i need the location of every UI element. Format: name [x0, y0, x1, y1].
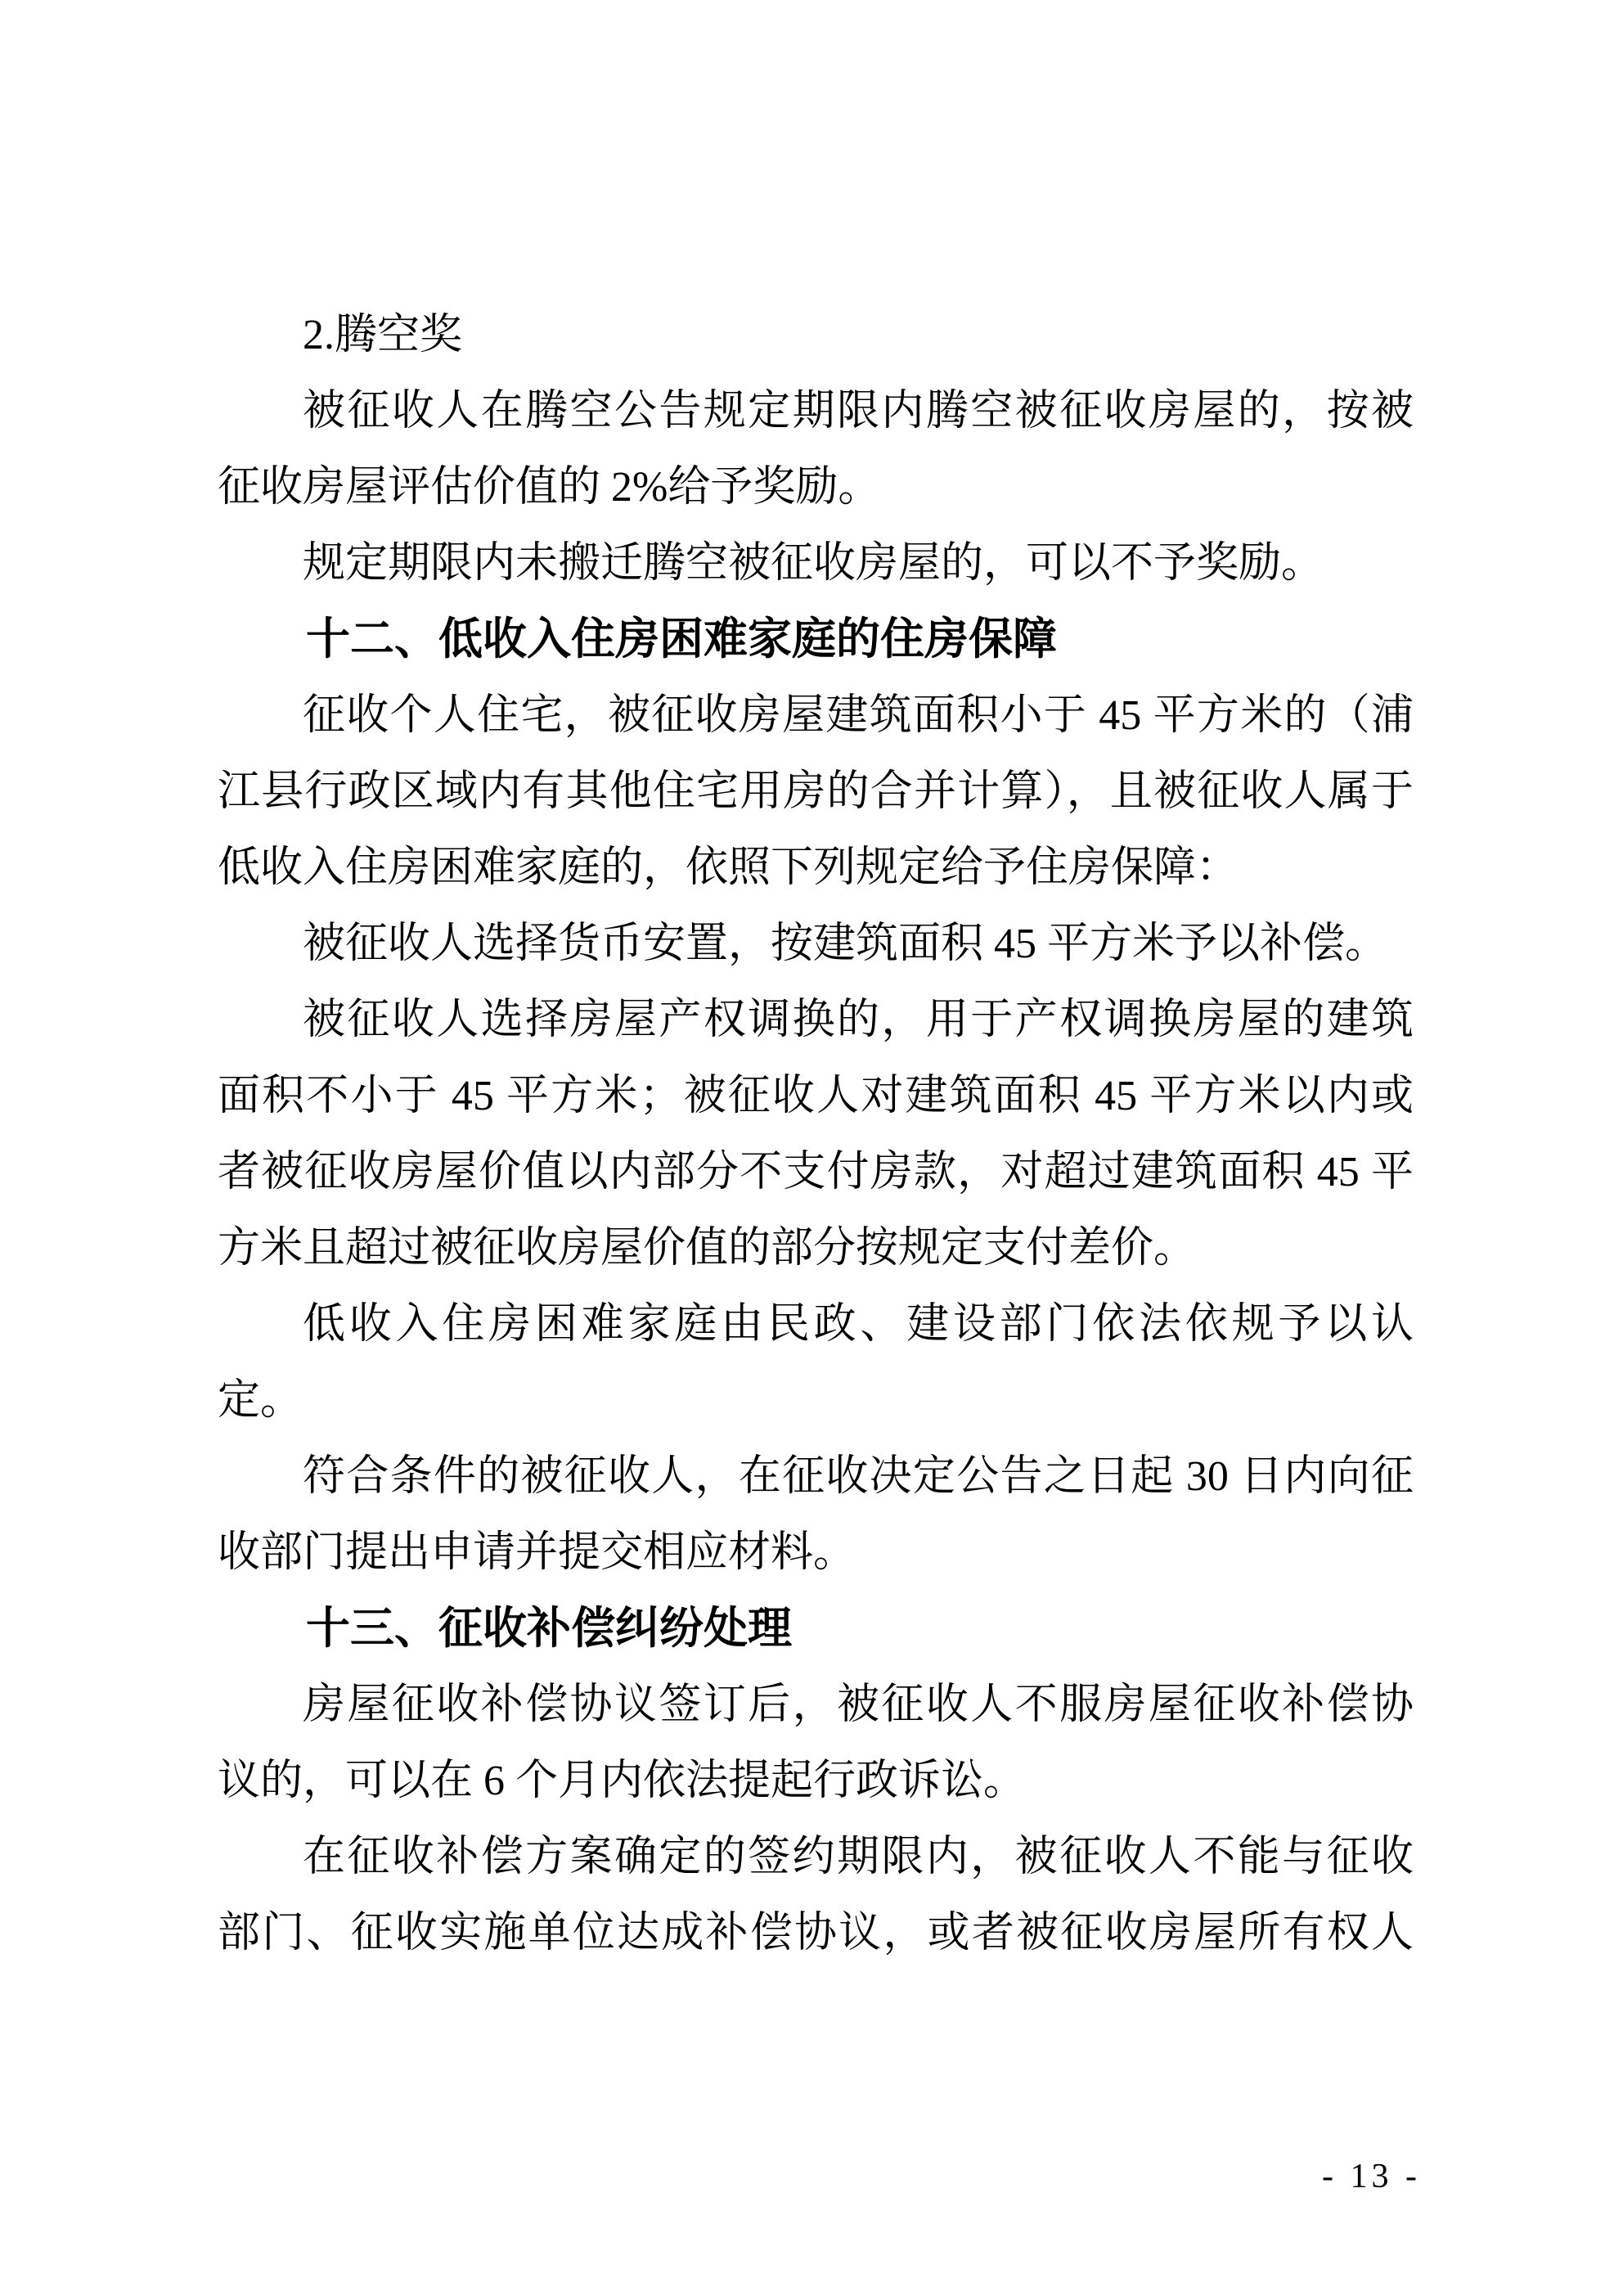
paragraph-line: 低收入住房困难家庭的，依照下列规定给予住房保障： — [218, 830, 1414, 906]
paragraph-line: 收部门提出申请并提交相应材料。 — [218, 1515, 1414, 1591]
paragraph-line: 规定期限内未搬迁腾空被征收房屋的，可以不予奖励。 — [218, 525, 1414, 601]
paragraph-line: 低收入住房困难家庭由民政、建设部门依法依规予以认 — [218, 1286, 1414, 1362]
paragraph-line: 房屋征收补偿协议签订后，被征收人不服房屋征收补偿协 — [218, 1667, 1414, 1743]
subheading-vacating-award: 2.腾空奖 — [218, 297, 1414, 373]
paragraph-line: 面积不小于 45 平方米；被征收人对建筑面积 45 平方米以内或 — [218, 1058, 1414, 1134]
paragraph-line: 者被征收房屋价值以内部分不支付房款，对超过建筑面积 45 平 — [218, 1134, 1414, 1210]
paragraph-line: 议的，可以在 6 个月内依法提起行政诉讼。 — [218, 1743, 1414, 1819]
section-heading-housing-security: 十二、低收入住房困难家庭的住房保障 — [218, 601, 1414, 678]
paragraph-line: 定。 — [218, 1362, 1414, 1438]
paragraph-line: 部门、征收实施单位达成补偿协议，或者被征收房屋所有权人 — [218, 1895, 1414, 1971]
document-page: 2.腾空奖 被征收人在腾空公告规定期限内腾空被征收房屋的，按被 征收房屋评估价值… — [0, 0, 1623, 2296]
document-body: 2.腾空奖 被征收人在腾空公告规定期限内腾空被征收房屋的，按被 征收房屋评估价值… — [218, 297, 1414, 1971]
paragraph-line: 江县行政区域内有其他住宅用房的合并计算），且被征收人属于 — [218, 754, 1414, 830]
paragraph-line: 方米且超过被征收房屋价值的部分按规定支付差价。 — [218, 1210, 1414, 1286]
paragraph-line: 在征收补偿方案确定的签约期限内，被征收人不能与征收 — [218, 1819, 1414, 1895]
paragraph-line: 征收房屋评估价值的 2%给予奖励。 — [218, 449, 1414, 525]
paragraph-line: 符合条件的被征收人，在征收决定公告之日起 30 日内向征 — [218, 1438, 1414, 1515]
paragraph-line: 被征收人选择房屋产权调换的，用于产权调换房屋的建筑 — [218, 982, 1414, 1058]
paragraph-line: 被征收人选择货币安置，按建筑面积 45 平方米予以补偿。 — [218, 906, 1414, 982]
paragraph-line: 征收个人住宅，被征收房屋建筑面积小于 45 平方米的（浦 — [218, 678, 1414, 754]
paragraph-line: 被征收人在腾空公告规定期限内腾空被征收房屋的，按被 — [218, 373, 1414, 449]
section-heading-dispute-resolution: 十三、征收补偿纠纷处理 — [218, 1591, 1414, 1667]
page-number: - 13 - — [1322, 2152, 1421, 2201]
